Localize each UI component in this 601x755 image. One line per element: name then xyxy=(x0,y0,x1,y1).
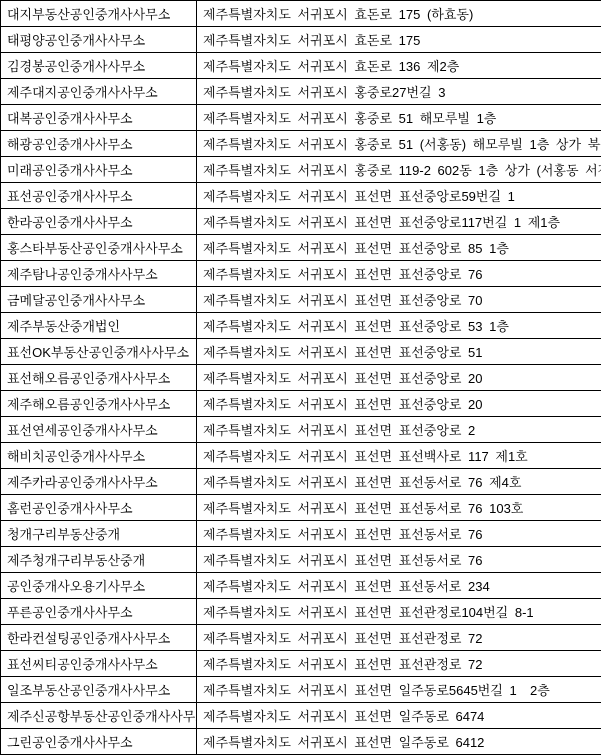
agency-name-cell: 제주청개구리부동산중개 xyxy=(1,547,197,573)
table-row: 홈런공인중개사사무소 제주특별자치도 서귀포시 표선면 표선동서로 76 103… xyxy=(1,495,601,521)
agency-address-cell: 제주특별자치도 서귀포시 홍중로 119-2 602동 1층 상가 (서홍동 서… xyxy=(197,157,601,183)
table-row: 대지부동산공인중개사사무소 제주특별자치도 서귀포시 효돈로 175 (하효동) xyxy=(1,1,601,27)
agency-name-cell: 김경봉공인중개사사무소 xyxy=(1,53,197,79)
table-row: 표선OK부동산공인중개사사무소 제주특별자치도 서귀포시 표선면 표선중앙로 5… xyxy=(1,339,601,365)
agency-address-cell: 제주특별자치도 서귀포시 표선면 표선관정로 72 xyxy=(197,651,601,677)
table-row: 미래공인중개사사무소 제주특별자치도 서귀포시 홍중로 119-2 602동 1… xyxy=(1,157,601,183)
agency-address-cell: 제주특별자치도 서귀포시 표선면 표선동서로 76 xyxy=(197,547,601,573)
agency-name-cell: 공인중개사오용기사무소 xyxy=(1,573,197,599)
table-row: 금메달공인중개사사무소 제주특별자치도 서귀포시 표선면 표선중앙로 70 xyxy=(1,287,601,313)
table-row: 제주부동산중개법인 제주특별자치도 서귀포시 표선면 표선중앙로 53 1층 xyxy=(1,313,601,339)
agency-name-cell: 대복공인중개사사무소 xyxy=(1,105,197,131)
agency-address-cell: 제주특별자치도 서귀포시 표선면 표선동서로 234 xyxy=(197,573,601,599)
agency-address-table: 대지부동산공인중개사사무소 제주특별자치도 서귀포시 효돈로 175 (하효동)… xyxy=(0,0,601,755)
agency-name-cell: 제주신공항부동산공인중개사사무소 xyxy=(1,703,197,729)
agency-address-cell: 제주특별자치도 서귀포시 표선면 표선백사로 117 제1호 xyxy=(197,443,601,469)
agency-address-cell: 제주특별자치도 서귀포시 표선면 표선중앙로 20 xyxy=(197,391,601,417)
table-row: 제주카라공인중개사사무소 제주특별자치도 서귀포시 표선면 표선동서로 76 제… xyxy=(1,469,601,495)
table-row: 한라공인중개사사무소 제주특별자치도 서귀포시 표선면 표선중앙로117번길 1… xyxy=(1,209,601,235)
table-row: 표선연세공인중개사사무소 제주특별자치도 서귀포시 표선면 표선중앙로 2 xyxy=(1,417,601,443)
agency-name-cell: 미래공인중개사사무소 xyxy=(1,157,197,183)
table-row: 공인중개사오용기사무소 제주특별자치도 서귀포시 표선면 표선동서로 234 xyxy=(1,573,601,599)
agency-name-cell: 표선공인중개사사무소 xyxy=(1,183,197,209)
agency-name-cell: 청개구리부동산중개 xyxy=(1,521,197,547)
table-row: 표선씨티공인중개사사무소 제주특별자치도 서귀포시 표선면 표선관정로 72 xyxy=(1,651,601,677)
table-row: 김경봉공인중개사사무소 제주특별자치도 서귀포시 효돈로 136 제2층 xyxy=(1,53,601,79)
agency-address-cell: 제주특별자치도 서귀포시 표선면 표선관정로 72 xyxy=(197,625,601,651)
table-row: 제주대지공인중개사사무소 제주특별자치도 서귀포시 홍중로27번길 3 xyxy=(1,79,601,105)
agency-address-cell: 제주특별자치도 서귀포시 홍중로 51 해모루빌 1층 xyxy=(197,105,601,131)
agency-name-cell: 제주카라공인중개사사무소 xyxy=(1,469,197,495)
table-row: 태평양공인중개사사무소 제주특별자치도 서귀포시 효돈로 175 xyxy=(1,27,601,53)
agency-address-cell: 제주특별자치도 서귀포시 표선면 표선관정로104번길 8-1 xyxy=(197,599,601,625)
agency-address-cell: 제주특별자치도 서귀포시 표선면 표선동서로 76 제4호 xyxy=(197,469,601,495)
agency-address-cell: 제주특별자치도 서귀포시 표선면 표선중앙로 2 xyxy=(197,417,601,443)
agency-name-cell: 홍스타부동산공인중개사사무소 xyxy=(1,235,197,261)
agency-name-cell: 일조부동산공인중개사사무소 xyxy=(1,677,197,703)
agency-address-cell: 제주특별자치도 서귀포시 표선면 표선중앙로 20 xyxy=(197,365,601,391)
agency-address-cell: 제주특별자치도 서귀포시 홍중로 51 (서홍동) 해모루빌 1층 상가 북쪽 xyxy=(197,131,601,157)
table-row: 제주탐나공인중개사사무소 제주특별자치도 서귀포시 표선면 표선중앙로 76 xyxy=(1,261,601,287)
table-row: 제주청개구리부동산중개 제주특별자치도 서귀포시 표선면 표선동서로 76 xyxy=(1,547,601,573)
agency-address-cell: 제주특별자치도 서귀포시 표선면 표선중앙로 85 1층 xyxy=(197,235,601,261)
agency-name-cell: 한라공인중개사사무소 xyxy=(1,209,197,235)
agency-name-cell: 표선씨티공인중개사사무소 xyxy=(1,651,197,677)
agency-address-cell: 제주특별자치도 서귀포시 표선면 표선중앙로 70 xyxy=(197,287,601,313)
table-row: 표선공인중개사사무소 제주특별자치도 서귀포시 표선면 표선중앙로59번길 1 xyxy=(1,183,601,209)
agency-address-cell: 제주특별자치도 서귀포시 효돈로 175 xyxy=(197,27,601,53)
agency-name-cell: 제주해오름공인중개사사무소 xyxy=(1,391,197,417)
table-row: 그린공인중개사사무소 제주특별자치도 서귀포시 표선면 일주동로 6412 xyxy=(1,729,601,755)
agency-address-cell: 제주특별자치도 서귀포시 효돈로 136 제2층 xyxy=(197,53,601,79)
agency-address-cell: 제주특별자치도 서귀포시 표선면 표선중앙로 51 xyxy=(197,339,601,365)
table-row: 푸른공인중개사사무소 제주특별자치도 서귀포시 표선면 표선관정로104번길 8… xyxy=(1,599,601,625)
table-row: 해광공인중개사사무소 제주특별자치도 서귀포시 홍중로 51 (서홍동) 해모루… xyxy=(1,131,601,157)
agency-name-cell: 대지부동산공인중개사사무소 xyxy=(1,1,197,27)
table-row: 해비치공인중개사사무소 제주특별자치도 서귀포시 표선면 표선백사로 117 제… xyxy=(1,443,601,469)
agency-name-cell: 제주부동산중개법인 xyxy=(1,313,197,339)
table-row: 대복공인중개사사무소 제주특별자치도 서귀포시 홍중로 51 해모루빌 1층 xyxy=(1,105,601,131)
agency-address-cell: 제주특별자치도 서귀포시 표선면 표선중앙로 76 xyxy=(197,261,601,287)
table-row: 제주해오름공인중개사사무소 제주특별자치도 서귀포시 표선면 표선중앙로 20 xyxy=(1,391,601,417)
agency-address-cell: 제주특별자치도 서귀포시 표선면 표선동서로 76 xyxy=(197,521,601,547)
agency-address-cell: 제주특별자치도 서귀포시 효돈로 175 (하효동) xyxy=(197,1,601,27)
agency-name-cell: 푸른공인중개사사무소 xyxy=(1,599,197,625)
agency-name-cell: 홈런공인중개사사무소 xyxy=(1,495,197,521)
agency-name-cell: 해비치공인중개사사무소 xyxy=(1,443,197,469)
agency-name-cell: 한라컨설팅공인중개사사무소 xyxy=(1,625,197,651)
agency-name-cell: 해광공인중개사사무소 xyxy=(1,131,197,157)
table-row: 제주신공항부동산공인중개사사무소 제주특별자치도 서귀포시 표선면 일주동로 6… xyxy=(1,703,601,729)
agency-address-cell: 제주특별자치도 서귀포시 표선면 표선중앙로117번길 1 제1층 xyxy=(197,209,601,235)
agency-name-cell: 그린공인중개사사무소 xyxy=(1,729,197,755)
agency-address-cell: 제주특별자치도 서귀포시 표선면 일주동로 6474 xyxy=(197,703,601,729)
agency-name-cell: 태평양공인중개사사무소 xyxy=(1,27,197,53)
table-row: 한라컨설팅공인중개사사무소 제주특별자치도 서귀포시 표선면 표선관정로 72 xyxy=(1,625,601,651)
agency-address-cell: 제주특별자치도 서귀포시 표선면 일주동로 6412 xyxy=(197,729,601,755)
agency-name-cell: 표선연세공인중개사사무소 xyxy=(1,417,197,443)
agency-name-cell: 제주대지공인중개사사무소 xyxy=(1,79,197,105)
agency-name-cell: 표선OK부동산공인중개사사무소 xyxy=(1,339,197,365)
agency-address-cell: 제주특별자치도 서귀포시 표선면 표선동서로 76 103호 xyxy=(197,495,601,521)
agency-name-cell: 표선해오름공인중개사사무소 xyxy=(1,365,197,391)
agency-address-cell: 제주특별자치도 서귀포시 표선면 일주동로5645번길 1 2층 xyxy=(197,677,601,703)
table-row: 일조부동산공인중개사사무소 제주특별자치도 서귀포시 표선면 일주동로5645번… xyxy=(1,677,601,703)
agency-address-cell: 제주특별자치도 서귀포시 홍중로27번길 3 xyxy=(197,79,601,105)
agency-table-body: 대지부동산공인중개사사무소 제주특별자치도 서귀포시 효돈로 175 (하효동)… xyxy=(1,1,601,755)
agency-name-cell: 금메달공인중개사사무소 xyxy=(1,287,197,313)
agency-address-cell: 제주특별자치도 서귀포시 표선면 표선중앙로59번길 1 xyxy=(197,183,601,209)
agency-address-table-page: 대지부동산공인중개사사무소 제주특별자치도 서귀포시 효돈로 175 (하효동)… xyxy=(0,0,601,755)
table-row: 표선해오름공인중개사사무소 제주특별자치도 서귀포시 표선면 표선중앙로 20 xyxy=(1,365,601,391)
agency-name-cell: 제주탐나공인중개사사무소 xyxy=(1,261,197,287)
agency-address-cell: 제주특별자치도 서귀포시 표선면 표선중앙로 53 1층 xyxy=(197,313,601,339)
table-row: 청개구리부동산중개 제주특별자치도 서귀포시 표선면 표선동서로 76 xyxy=(1,521,601,547)
table-row: 홍스타부동산공인중개사사무소 제주특별자치도 서귀포시 표선면 표선중앙로 85… xyxy=(1,235,601,261)
